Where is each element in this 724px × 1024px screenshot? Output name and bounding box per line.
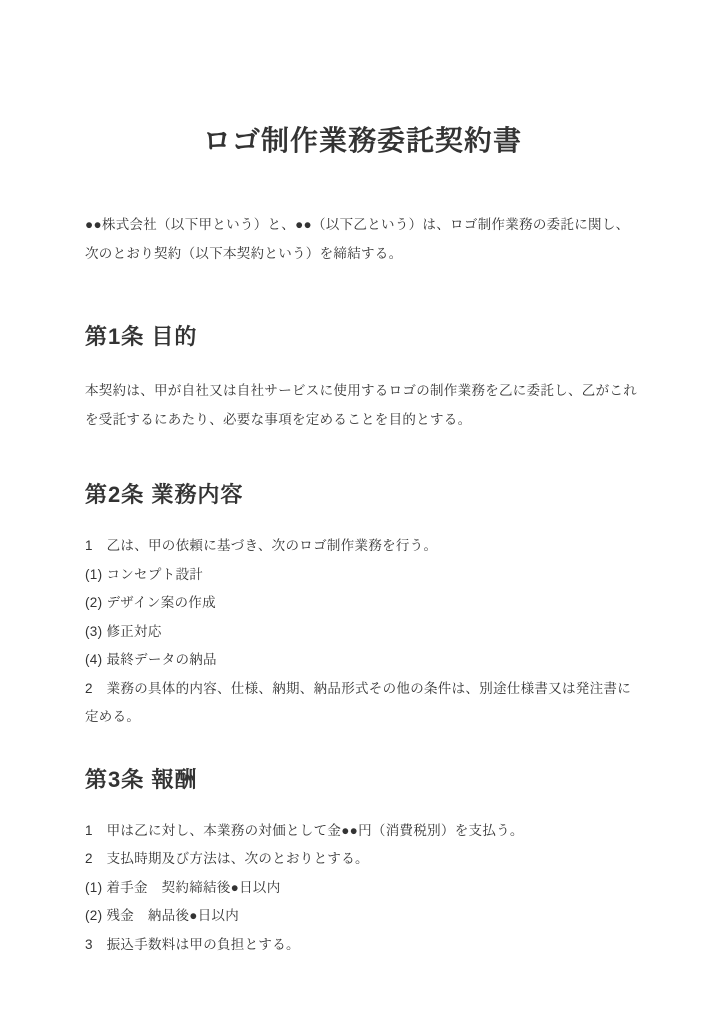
section-article-2: 第2条 業務内容 1 乙は、甲の依頼に基づき、次のロゴ制作業務を行う。 (1) … [85, 480, 640, 732]
contract-line: 2 業務の具体的内容、仕様、納期、納品形式その他の条件は、別途仕様書又は発注書に… [85, 675, 640, 732]
document-title: ロゴ制作業務委託契約書 [85, 122, 640, 160]
contract-line: 1 甲は乙に対し、本業務の対価として金●●円（消費税別）を支払う。 [85, 817, 640, 846]
contract-line: (4) 最終データの納品 [85, 646, 640, 675]
section-3-heading: 第3条 報酬 [85, 765, 640, 795]
section-3-body: 1 甲は乙に対し、本業務の対価として金●●円（消費税別）を支払う。 2 支払時期… [85, 817, 640, 960]
contract-line: (1) 着手金 契約締結後●日以内 [85, 874, 640, 903]
section-article-3: 第3条 報酬 1 甲は乙に対し、本業務の対価として金●●円（消費税別）を支払う。… [85, 765, 640, 960]
contract-document-page: ロゴ制作業務委託契約書 ●●株式会社（以下甲という）と、●●（以下乙という）は、… [0, 0, 724, 1024]
contract-line: (2) デザイン案の作成 [85, 589, 640, 618]
contract-line: (1) コンセプト設計 [85, 561, 640, 590]
contract-line: 2 支払時期及び方法は、次のとおりとする。 [85, 845, 640, 874]
section-1-paragraph: 本契約は、甲が自社又は自社サービスに使用するロゴの制作業務を乙に委託し、乙がこれ… [85, 376, 640, 434]
section-1-heading: 第1条 目的 [85, 322, 640, 352]
contract-line: (3) 修正対応 [85, 618, 640, 647]
intro-paragraph: ●●株式会社（以下甲という）と、●●（以下乙という）は、ロゴ制作業務の委託に関し… [85, 210, 640, 268]
section-2-heading: 第2条 業務内容 [85, 480, 640, 510]
section-2-body: 1 乙は、甲の依頼に基づき、次のロゴ制作業務を行う。 (1) コンセプト設計 (… [85, 532, 640, 732]
contract-line: 3 振込手数料は甲の負担とする。 [85, 931, 640, 960]
section-article-1: 第1条 目的 本契約は、甲が自社又は自社サービスに使用するロゴの制作業務を乙に委… [85, 322, 640, 434]
contract-line: (2) 残金 納品後●日以内 [85, 902, 640, 931]
contract-line: 1 乙は、甲の依頼に基づき、次のロゴ制作業務を行う。 [85, 532, 640, 561]
